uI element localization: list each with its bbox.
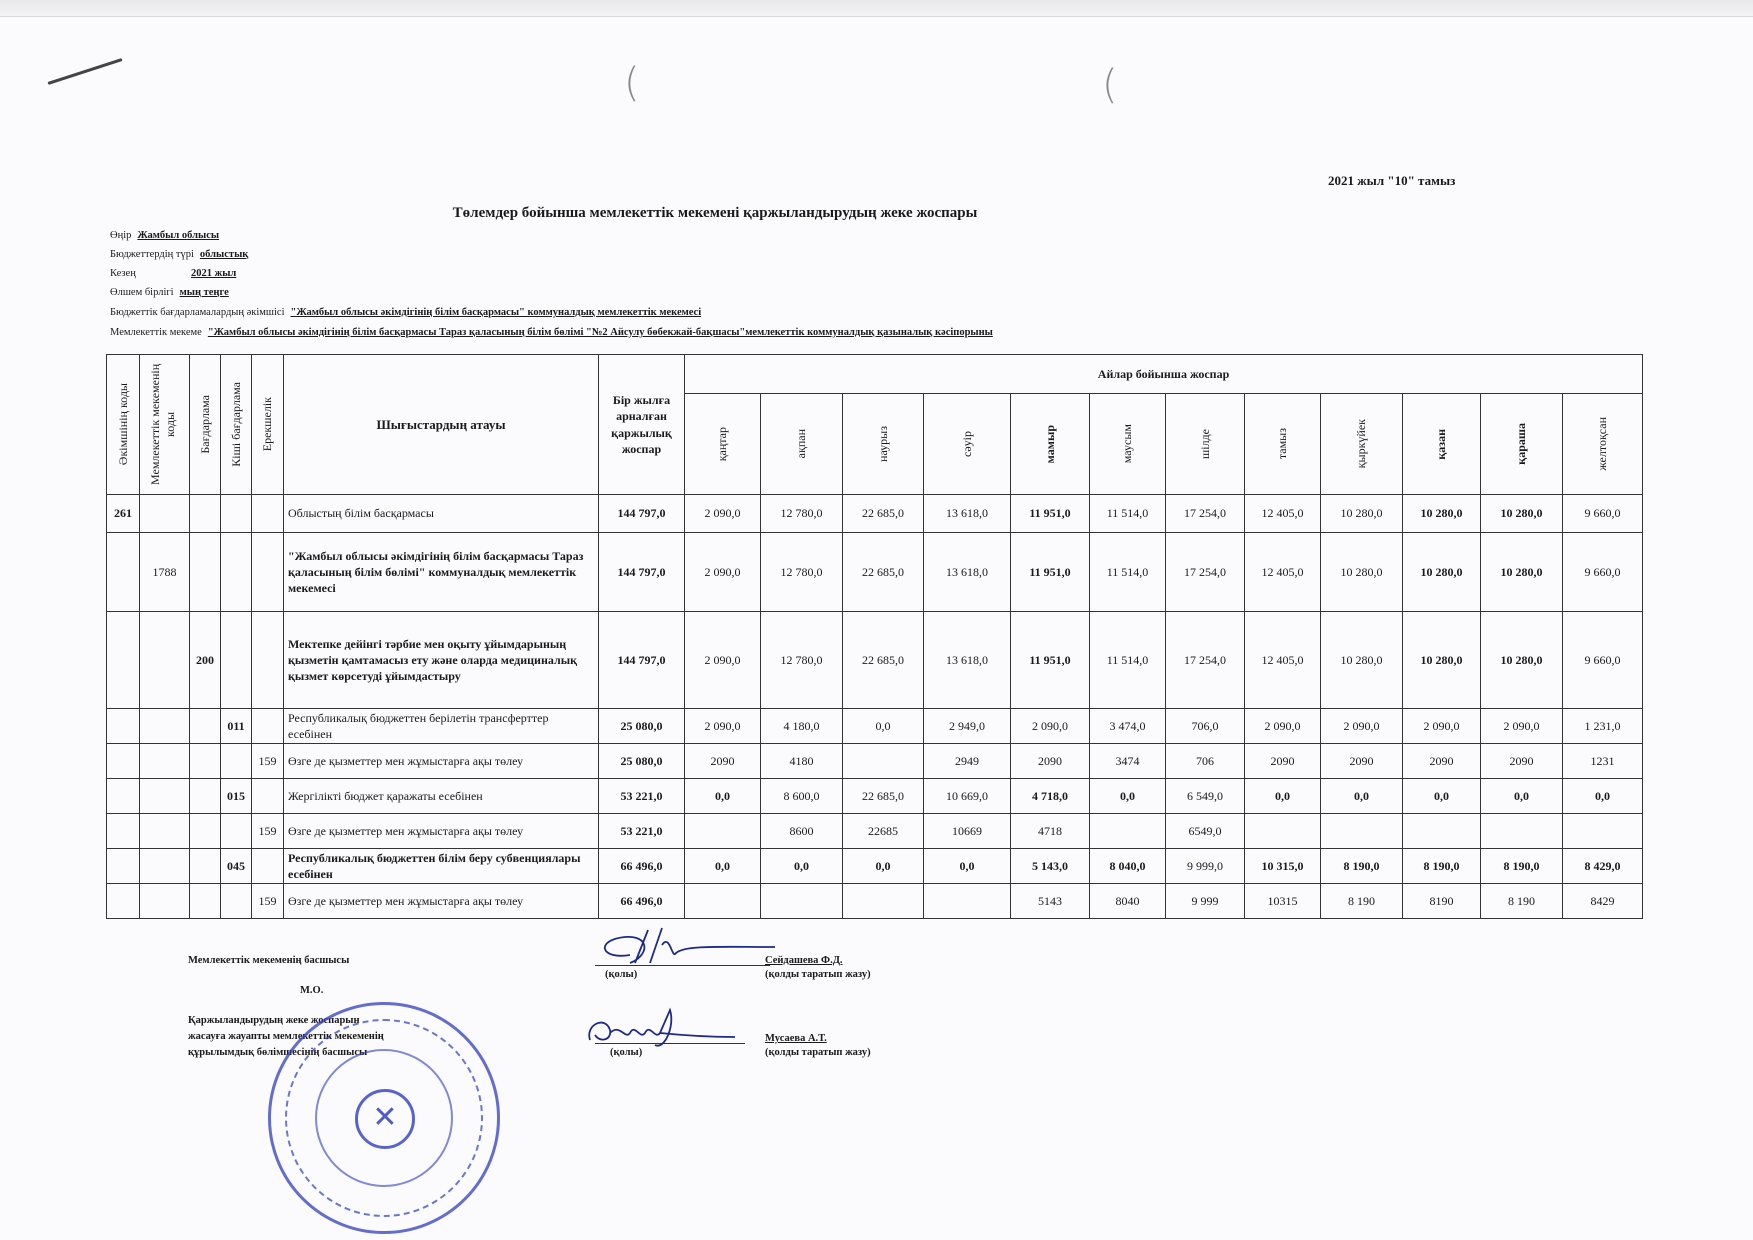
cell-month-value: 2090 bbox=[1481, 744, 1563, 779]
cell-month-value: 0,0 bbox=[1403, 779, 1481, 814]
cell-month-value: 8 190 bbox=[1481, 884, 1563, 919]
meta-label: Өңір bbox=[110, 230, 131, 241]
cell-annual: 25 080,0 bbox=[599, 744, 685, 779]
cell-expense-name: Өзге де қызметтер мен жұмыстарға ақы төл… bbox=[284, 884, 599, 919]
cell-month-value: 10 280,0 bbox=[1403, 533, 1481, 612]
cell-month-value bbox=[1090, 814, 1166, 849]
meta-value: мың теңге bbox=[180, 287, 229, 298]
header-month: қазан bbox=[1403, 394, 1481, 495]
cell-month-value: 0,0 bbox=[685, 849, 761, 884]
meta-unit: Өлшем бірлігімың теңге bbox=[110, 287, 229, 298]
cell-month-value: 0,0 bbox=[1321, 779, 1403, 814]
cell-specific bbox=[252, 779, 284, 814]
meta-region: ӨңірЖамбыл облысы bbox=[110, 230, 219, 241]
meta-label: Бюджеттік бағдарламалардың әкімшісі bbox=[110, 307, 285, 318]
table-row: 261Облыстың білім басқармасы144 797,02 0… bbox=[107, 495, 1643, 533]
cell-month-value: 8600 bbox=[761, 814, 843, 849]
cell-annual: 66 496,0 bbox=[599, 884, 685, 919]
cell-specific: 159 bbox=[252, 744, 284, 779]
cell-month-value: 8190 bbox=[1403, 884, 1481, 919]
cell-month-value bbox=[843, 744, 924, 779]
table-row: 011Республикалық бюджеттен берілетін тра… bbox=[107, 709, 1643, 744]
cell-expense-name: Мектепке дейінгі тәрбие мен оқыту ұйымда… bbox=[284, 612, 599, 709]
seal-place: М.О. bbox=[300, 985, 323, 996]
cell-month-value: 8 600,0 bbox=[761, 779, 843, 814]
cell-month-value: 2 090,0 bbox=[1481, 709, 1563, 744]
header-month: наурыз bbox=[843, 394, 924, 495]
cell-month-value: 22 685,0 bbox=[843, 495, 924, 533]
state-emblem-icon: ✕ bbox=[355, 1089, 415, 1149]
cell-admin-code bbox=[107, 849, 140, 884]
cell-admin-code bbox=[107, 744, 140, 779]
cell-month-value: 0,0 bbox=[843, 849, 924, 884]
header-admin-code: Әкімшінің коды bbox=[107, 355, 140, 495]
document-title: Төлемдер бойынша мемлекеттік мекемені қа… bbox=[0, 205, 1430, 222]
cell-month-value: 2 090,0 bbox=[685, 709, 761, 744]
cell-month-value: 10 280,0 bbox=[1403, 612, 1481, 709]
cell-month-value: 1 231,0 bbox=[1563, 709, 1643, 744]
cell-month-value: 11 951,0 bbox=[1011, 533, 1090, 612]
cell-month-value: 0,0 bbox=[843, 709, 924, 744]
cell-month-value: 22 685,0 bbox=[843, 779, 924, 814]
cell-month-value bbox=[1403, 814, 1481, 849]
cell-admin-code bbox=[107, 533, 140, 612]
header-annual-plan: Бір жылға арналған қаржылық жоспар bbox=[599, 355, 685, 495]
cell-expense-name: Республикалық бюджеттен берілетін трансф… bbox=[284, 709, 599, 744]
cell-month-value: 4 718,0 bbox=[1011, 779, 1090, 814]
cell-program bbox=[190, 533, 221, 612]
cell-month-value: 10 280,0 bbox=[1321, 612, 1403, 709]
cell-month-value: 6 549,0 bbox=[1166, 779, 1245, 814]
responsible-signature bbox=[580, 1005, 740, 1055]
meta-institution: Мемлекеттік мекеме"Жамбыл облысы әкімдіг… bbox=[110, 327, 993, 338]
cell-month-value: 12 780,0 bbox=[761, 612, 843, 709]
cell-institution-code bbox=[140, 849, 190, 884]
cell-annual: 25 080,0 bbox=[599, 709, 685, 744]
cell-specific: 159 bbox=[252, 884, 284, 919]
cell-month-value: 2090 bbox=[1321, 744, 1403, 779]
table-row: 200Мектепке дейінгі тәрбие мен оқыту ұйы… bbox=[107, 612, 1643, 709]
cell-month-value: 9 660,0 bbox=[1563, 612, 1643, 709]
cell-month-value: 22 685,0 bbox=[843, 533, 924, 612]
cell-institution-code bbox=[140, 495, 190, 533]
cell-month-value: 9 660,0 bbox=[1563, 495, 1643, 533]
cell-month-value: 8 190,0 bbox=[1403, 849, 1481, 884]
cell-institution-code bbox=[140, 779, 190, 814]
hole-punch-mark: ( bbox=[1102, 62, 1118, 108]
cell-subprogram bbox=[221, 744, 252, 779]
cell-month-value: 5143 bbox=[1011, 884, 1090, 919]
cell-month-value: 706,0 bbox=[1166, 709, 1245, 744]
cell-month-value: 2 090,0 bbox=[1011, 709, 1090, 744]
hole-punch-mark: ( bbox=[624, 60, 640, 106]
header-institution-code: Мемлекеттік мекеменің коды bbox=[140, 355, 190, 495]
document-date: 2021 жыл "10" тамыз bbox=[1328, 173, 1455, 189]
cell-month-value: 12 780,0 bbox=[761, 495, 843, 533]
scan-edge bbox=[0, 0, 1753, 17]
cell-month-value bbox=[685, 814, 761, 849]
cell-institution-code bbox=[140, 612, 190, 709]
cell-subprogram bbox=[221, 495, 252, 533]
cell-month-value: 0,0 bbox=[1090, 779, 1166, 814]
cell-month-value: 13 618,0 bbox=[924, 612, 1011, 709]
cell-program bbox=[190, 779, 221, 814]
cell-program bbox=[190, 495, 221, 533]
cell-month-value bbox=[843, 884, 924, 919]
cell-month-value: 5 143,0 bbox=[1011, 849, 1090, 884]
cell-month-value: 0,0 bbox=[761, 849, 843, 884]
cell-month-value: 10 280,0 bbox=[1481, 495, 1563, 533]
cell-month-value: 2 090,0 bbox=[1403, 709, 1481, 744]
head-signature bbox=[590, 925, 780, 975]
cell-month-value: 8 040,0 bbox=[1090, 849, 1166, 884]
cell-expense-name: Өзге де қызметтер мен жұмыстарға ақы төл… bbox=[284, 814, 599, 849]
cell-specific bbox=[252, 709, 284, 744]
header-month: қараша bbox=[1481, 394, 1563, 495]
meta-budget-type: Бюджеттердің түріоблыстық bbox=[110, 249, 248, 260]
cell-month-value: 11 951,0 bbox=[1011, 495, 1090, 533]
cell-month-value: 2 090,0 bbox=[685, 612, 761, 709]
cell-month-value: 12 405,0 bbox=[1245, 533, 1321, 612]
cell-admin-code: 261 bbox=[107, 495, 140, 533]
cell-month-value: 17 254,0 bbox=[1166, 533, 1245, 612]
cell-month-value: 10 280,0 bbox=[1481, 612, 1563, 709]
cell-annual: 144 797,0 bbox=[599, 495, 685, 533]
header-specific: Ерекшелік bbox=[252, 355, 284, 495]
cell-admin-code bbox=[107, 779, 140, 814]
head-title: Мемлекеттік мекеменің басшысы bbox=[188, 955, 349, 966]
header-month: мамыр bbox=[1011, 394, 1090, 495]
cell-month-value: 17 254,0 bbox=[1166, 612, 1245, 709]
cell-month-value: 0,0 bbox=[1481, 779, 1563, 814]
header-program: Бағдарлама bbox=[190, 355, 221, 495]
header-month: шілде bbox=[1166, 394, 1245, 495]
cell-program bbox=[190, 849, 221, 884]
cell-month-value: 2090 bbox=[685, 744, 761, 779]
cell-admin-code bbox=[107, 709, 140, 744]
cell-month-value: 8040 bbox=[1090, 884, 1166, 919]
cell-month-value: 0,0 bbox=[924, 849, 1011, 884]
meta-label: Мемлекеттік мекеме bbox=[110, 327, 202, 338]
cell-month-value: 8 429,0 bbox=[1563, 849, 1643, 884]
cell-expense-name: Облыстың білім басқармасы bbox=[284, 495, 599, 533]
cell-month-value: 1231 bbox=[1563, 744, 1643, 779]
cell-month-value: 8429 bbox=[1563, 884, 1643, 919]
cell-expense-name: Жергілікті бюджет қаражаты есебінен bbox=[284, 779, 599, 814]
cell-month-value: 10 315,0 bbox=[1245, 849, 1321, 884]
table-row: 015Жергілікті бюджет қаражаты есебінен53… bbox=[107, 779, 1643, 814]
cell-subprogram bbox=[221, 884, 252, 919]
cell-month-value: 4718 bbox=[1011, 814, 1090, 849]
cell-month-value: 12 405,0 bbox=[1245, 612, 1321, 709]
cell-admin-code bbox=[107, 814, 140, 849]
cell-subprogram: 045 bbox=[221, 849, 252, 884]
cell-specific: 159 bbox=[252, 814, 284, 849]
cell-month-value: 10 669,0 bbox=[924, 779, 1011, 814]
cell-institution-code: 1788 bbox=[140, 533, 190, 612]
cell-specific bbox=[252, 612, 284, 709]
cell-annual: 66 496,0 bbox=[599, 849, 685, 884]
cell-month-value bbox=[685, 884, 761, 919]
cell-month-value: 11 514,0 bbox=[1090, 612, 1166, 709]
cell-month-value: 3474 bbox=[1090, 744, 1166, 779]
cell-program bbox=[190, 814, 221, 849]
cell-month-value: 2 090,0 bbox=[685, 495, 761, 533]
meta-period: Кезең2021 жыл bbox=[110, 268, 236, 279]
cell-institution-code bbox=[140, 814, 190, 849]
cell-month-value: 0,0 bbox=[1245, 779, 1321, 814]
cell-subprogram bbox=[221, 814, 252, 849]
header-expense-name: Шығыстардың атауы bbox=[284, 355, 599, 495]
cell-subprogram: 015 bbox=[221, 779, 252, 814]
cell-subprogram: 011 bbox=[221, 709, 252, 744]
header-month: қыркүйек bbox=[1321, 394, 1403, 495]
cell-month-value: 9 999,0 bbox=[1166, 849, 1245, 884]
cell-subprogram bbox=[221, 533, 252, 612]
cell-month-value: 11 951,0 bbox=[1011, 612, 1090, 709]
cell-month-value: 11 514,0 bbox=[1090, 533, 1166, 612]
cell-month-value: 2090 bbox=[1403, 744, 1481, 779]
responsible-name: Мусаева А.Т. bbox=[765, 1033, 827, 1044]
cell-program bbox=[190, 709, 221, 744]
table-row: 159Өзге де қызметтер мен жұмыстарға ақы … bbox=[107, 884, 1643, 919]
cell-subprogram bbox=[221, 612, 252, 709]
header-month: желтоқсан bbox=[1563, 394, 1643, 495]
cell-month-value: 8 190 bbox=[1321, 884, 1403, 919]
cell-month-value: 12 405,0 bbox=[1245, 495, 1321, 533]
cell-program bbox=[190, 884, 221, 919]
cell-month-value: 2090 bbox=[1245, 744, 1321, 779]
pen-mark bbox=[47, 58, 122, 85]
header-month: сәуір bbox=[924, 394, 1011, 495]
cell-month-value: 10669 bbox=[924, 814, 1011, 849]
cell-month-value: 10 280,0 bbox=[1403, 495, 1481, 533]
cell-month-value: 17 254,0 bbox=[1166, 495, 1245, 533]
cell-institution-code bbox=[140, 744, 190, 779]
header-month: маусым bbox=[1090, 394, 1166, 495]
meta-label: Кезең bbox=[110, 268, 185, 279]
cell-institution-code bbox=[140, 709, 190, 744]
cell-month-value bbox=[924, 884, 1011, 919]
cell-month-value: 8 190,0 bbox=[1321, 849, 1403, 884]
header-monthly-plan: Айлар бойынша жоспар bbox=[685, 355, 1643, 394]
cell-month-value: 10315 bbox=[1245, 884, 1321, 919]
meta-value: "Жамбыл облысы әкімдігінің білім басқарм… bbox=[208, 327, 993, 338]
meta-label: Бюджеттердің түрі bbox=[110, 249, 194, 260]
header-subprogram: Кіші бағдарлама bbox=[221, 355, 252, 495]
meta-administrator: Бюджеттік бағдарламалардың әкімшісі"Жамб… bbox=[110, 307, 701, 318]
cell-month-value: 0,0 bbox=[1563, 779, 1643, 814]
cell-program bbox=[190, 744, 221, 779]
cell-month-value: 12 780,0 bbox=[761, 533, 843, 612]
cell-month-value: 2 949,0 bbox=[924, 709, 1011, 744]
cell-month-value bbox=[1245, 814, 1321, 849]
cell-month-value: 2 090,0 bbox=[1321, 709, 1403, 744]
cell-month-value: 22 685,0 bbox=[843, 612, 924, 709]
cell-month-value: 10 280,0 bbox=[1481, 533, 1563, 612]
header-month: қаңтар bbox=[685, 394, 761, 495]
cell-month-value: 10 280,0 bbox=[1321, 533, 1403, 612]
cell-month-value: 13 618,0 bbox=[924, 495, 1011, 533]
cell-month-value: 2 090,0 bbox=[1245, 709, 1321, 744]
meta-value: облыстық bbox=[200, 249, 248, 260]
meta-label: Өлшем бірлігі bbox=[110, 287, 174, 298]
cell-month-value: 13 618,0 bbox=[924, 533, 1011, 612]
cell-annual: 144 797,0 bbox=[599, 533, 685, 612]
official-stamp: ✕ bbox=[268, 1002, 500, 1234]
meta-value: 2021 жыл bbox=[191, 268, 236, 279]
cell-annual: 144 797,0 bbox=[599, 612, 685, 709]
table-row: 1788"Жамбыл облысы әкімдігінің білім бас… bbox=[107, 533, 1643, 612]
cell-month-value: 706 bbox=[1166, 744, 1245, 779]
cell-month-value: 11 514,0 bbox=[1090, 495, 1166, 533]
cell-month-value bbox=[761, 884, 843, 919]
cell-specific bbox=[252, 533, 284, 612]
cell-admin-code bbox=[107, 884, 140, 919]
cell-expense-name: Республикалық бюджеттен білім беру субве… bbox=[284, 849, 599, 884]
cell-expense-name: "Жамбыл облысы әкімдігінің білім басқарм… bbox=[284, 533, 599, 612]
meta-value: Жамбыл облысы bbox=[137, 230, 219, 241]
cell-month-value: 2949 bbox=[924, 744, 1011, 779]
cell-specific bbox=[252, 849, 284, 884]
cell-month-value bbox=[1481, 814, 1563, 849]
cell-program: 200 bbox=[190, 612, 221, 709]
cell-specific bbox=[252, 495, 284, 533]
cell-expense-name: Өзге де қызметтер мен жұмыстарға ақы төл… bbox=[284, 744, 599, 779]
cell-month-value: 2090 bbox=[1011, 744, 1090, 779]
cell-month-value: 8 190,0 bbox=[1481, 849, 1563, 884]
cell-month-value: 9 999 bbox=[1166, 884, 1245, 919]
name-label: (қолды таратып жазу) bbox=[765, 969, 871, 980]
cell-month-value: 22685 bbox=[843, 814, 924, 849]
financing-plan-table: Әкімшінің коды Мемлекеттік мекеменің код… bbox=[106, 354, 1643, 919]
cell-month-value: 9 660,0 bbox=[1563, 533, 1643, 612]
header-month: тамыз bbox=[1245, 394, 1321, 495]
cell-month-value bbox=[1321, 814, 1403, 849]
cell-month-value: 3 474,0 bbox=[1090, 709, 1166, 744]
cell-month-value: 4180 bbox=[761, 744, 843, 779]
cell-month-value: 2 090,0 bbox=[685, 533, 761, 612]
meta-value: "Жамбыл облысы әкімдігінің білім басқарм… bbox=[291, 307, 702, 318]
table-row: 159Өзге де қызметтер мен жұмыстарға ақы … bbox=[107, 814, 1643, 849]
cell-month-value: 0,0 bbox=[685, 779, 761, 814]
table-row: 159Өзге де қызметтер мен жұмыстарға ақы … bbox=[107, 744, 1643, 779]
cell-month-value: 6549,0 bbox=[1166, 814, 1245, 849]
cell-month-value: 10 280,0 bbox=[1321, 495, 1403, 533]
header-month: ақпан bbox=[761, 394, 843, 495]
name-label: (қолды таратып жазу) bbox=[765, 1047, 871, 1058]
cell-annual: 53 221,0 bbox=[599, 779, 685, 814]
cell-institution-code bbox=[140, 884, 190, 919]
cell-month-value: 4 180,0 bbox=[761, 709, 843, 744]
cell-admin-code bbox=[107, 612, 140, 709]
cell-annual: 53 221,0 bbox=[599, 814, 685, 849]
cell-month-value bbox=[1563, 814, 1643, 849]
table-row: 045Республикалық бюджеттен білім беру су… bbox=[107, 849, 1643, 884]
